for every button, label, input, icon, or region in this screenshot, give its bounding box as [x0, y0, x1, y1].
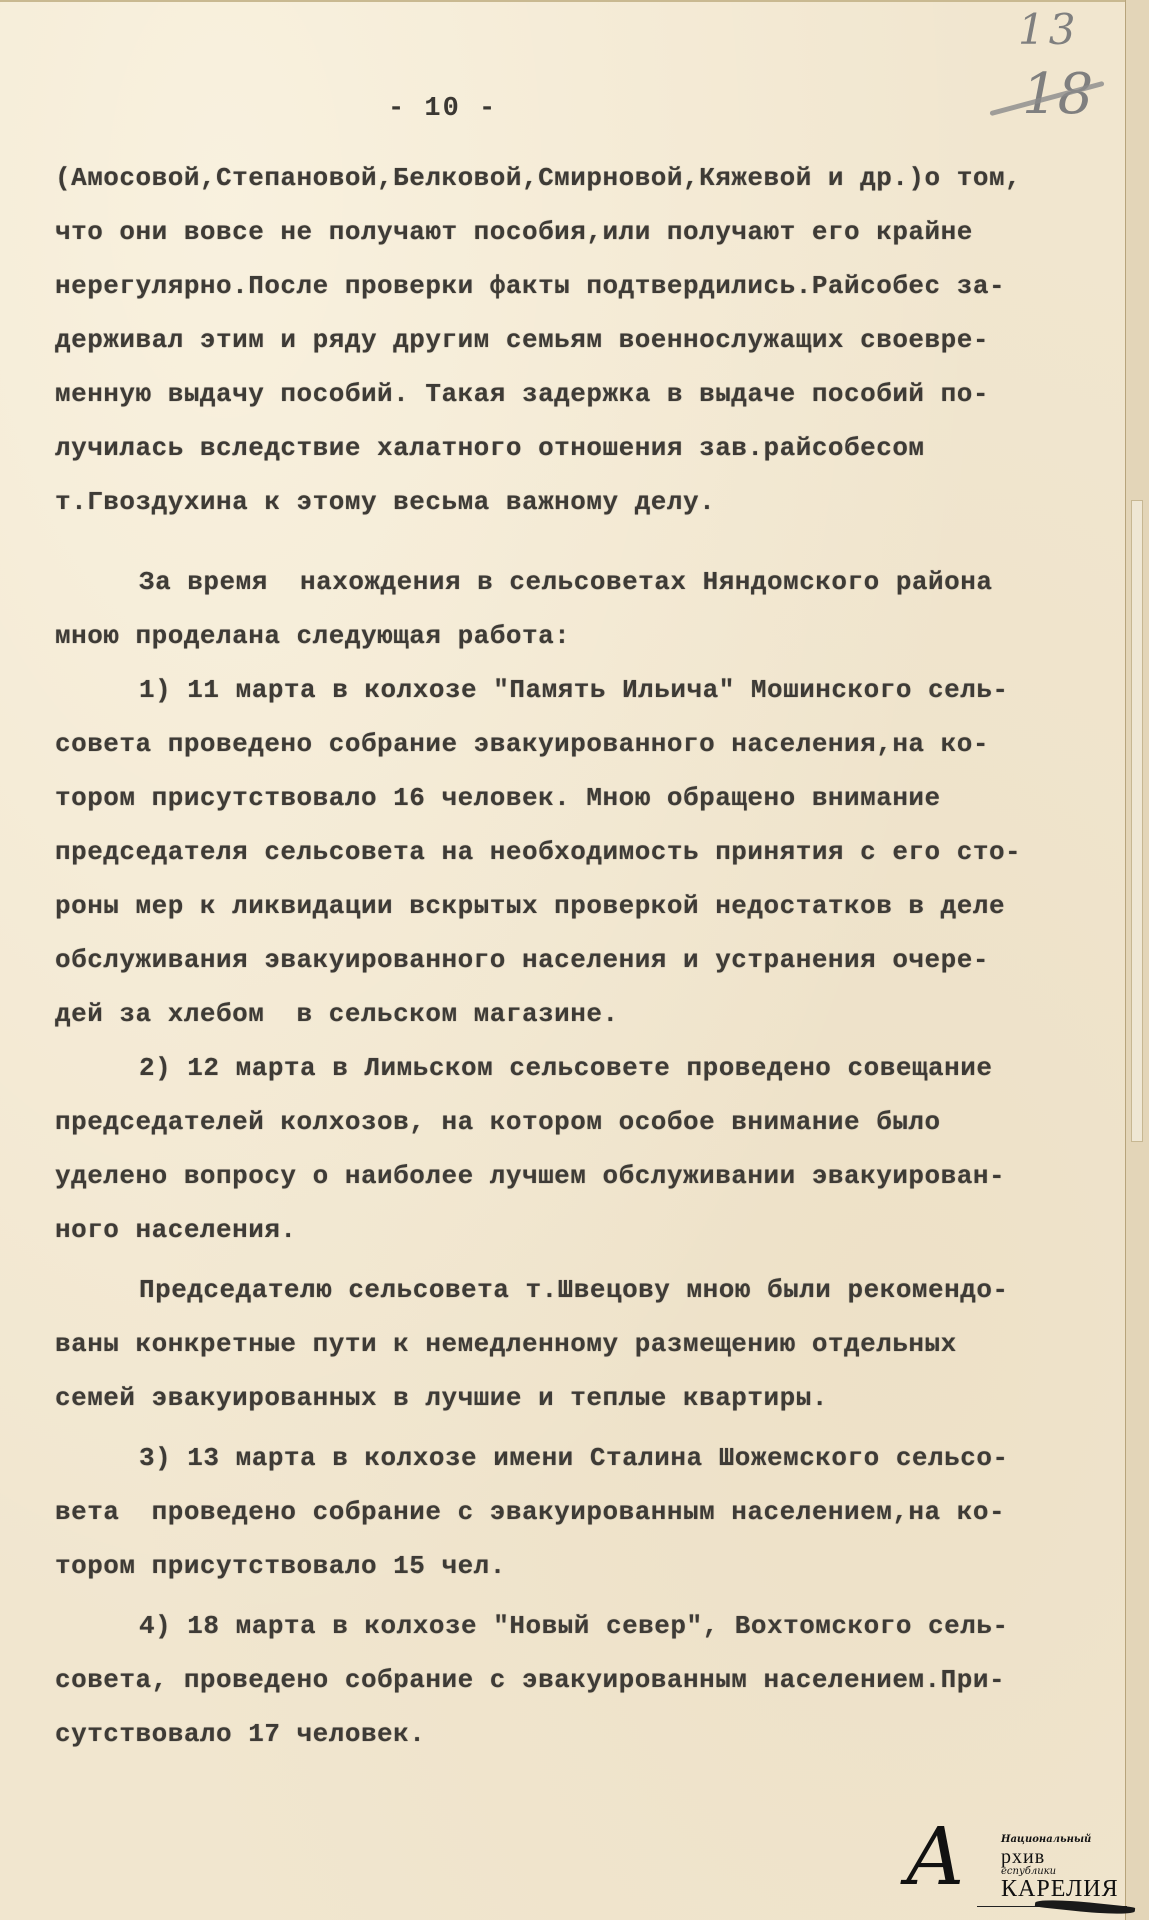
text-line: уделено вопросу о наиболее лучшем обслуж…	[55, 1156, 1005, 1196]
text-line: обслуживания эвакуированного населения и…	[55, 940, 989, 980]
text-line: мною проделана следующая работа:	[55, 616, 570, 656]
text-line: т.Гвоздухина к этому весьма важному делу…	[55, 482, 715, 522]
text-line: председателей колхозов, на котором особо…	[55, 1102, 941, 1142]
text-line: тором присутствовало 16 человек. Мною об…	[55, 778, 941, 818]
text-line: Председателю сельсовета т.Швецову мною б…	[139, 1270, 1009, 1310]
text-line: 3) 13 марта в колхозе имени Сталина Шоже…	[139, 1438, 1009, 1478]
text-line: вета проведено собрание с эвакуированным…	[55, 1492, 1005, 1532]
text-line: менную выдачу пособий. Такая задержка в …	[55, 374, 989, 414]
logo-line-4: КАРЕЛИЯ	[1001, 1876, 1119, 1903]
logo-line-1: Национальный	[1001, 1834, 1091, 1845]
text-line: совета проведено собрание эвакуированног…	[55, 724, 989, 764]
logo-monogram: А	[905, 1810, 966, 1903]
text-line: ного населения.	[55, 1210, 297, 1250]
text-line: нерегулярно.После проверки факты подтвер…	[55, 266, 1005, 306]
text-line: ваны конкретные пути к немедленному разм…	[55, 1324, 957, 1364]
text-line: семей эвакуированных в лучшие и теплые к…	[55, 1378, 828, 1418]
archive-logo: А Национальный рхив еспублики КАРЕЛИЯ	[905, 1820, 1135, 1915]
underlying-page-edge	[1125, 0, 1149, 1920]
text-line: 1) 11 марта в колхозе "Память Ильича" Мо…	[139, 670, 1009, 710]
text-line: председателя сельсовета на необходимость…	[55, 832, 1021, 872]
text-line: сутствовало 17 человек.	[55, 1714, 425, 1754]
text-line: совета, проведено собрание с эвакуирован…	[55, 1660, 1005, 1700]
text-line: 4) 18 марта в колхозе "Новый север", Вох…	[139, 1606, 1009, 1646]
text-line: дей за хлебом в сельском магазине.	[55, 994, 619, 1034]
text-line: За время нахождения в сельсоветах Няндом…	[139, 562, 992, 602]
text-line: 2) 12 марта в Лимьском сельсовете провед…	[139, 1048, 992, 1088]
folio-number: 13	[1018, 5, 1079, 54]
text-line: роны мер к ликвидации вскрытых проверкой…	[55, 886, 1005, 926]
text-line: что они вовсе не получают пособия,или по…	[55, 212, 973, 252]
text-line: лучилась вследствие халатного отношения …	[55, 428, 925, 468]
text-line: (Амосовой,Степановой,Белковой,Смирновой,…	[55, 158, 1021, 198]
document-page: 13 18 - 10 - (Амосовой,Степановой,Белков…	[0, 0, 1128, 1920]
text-line: держивал этим и ряду другим семьям военн…	[55, 320, 989, 360]
page-number: - 10 -	[388, 94, 497, 124]
text-line: тором присутствовало 15 чел.	[55, 1546, 506, 1586]
page-edge-fold	[1131, 500, 1143, 1142]
